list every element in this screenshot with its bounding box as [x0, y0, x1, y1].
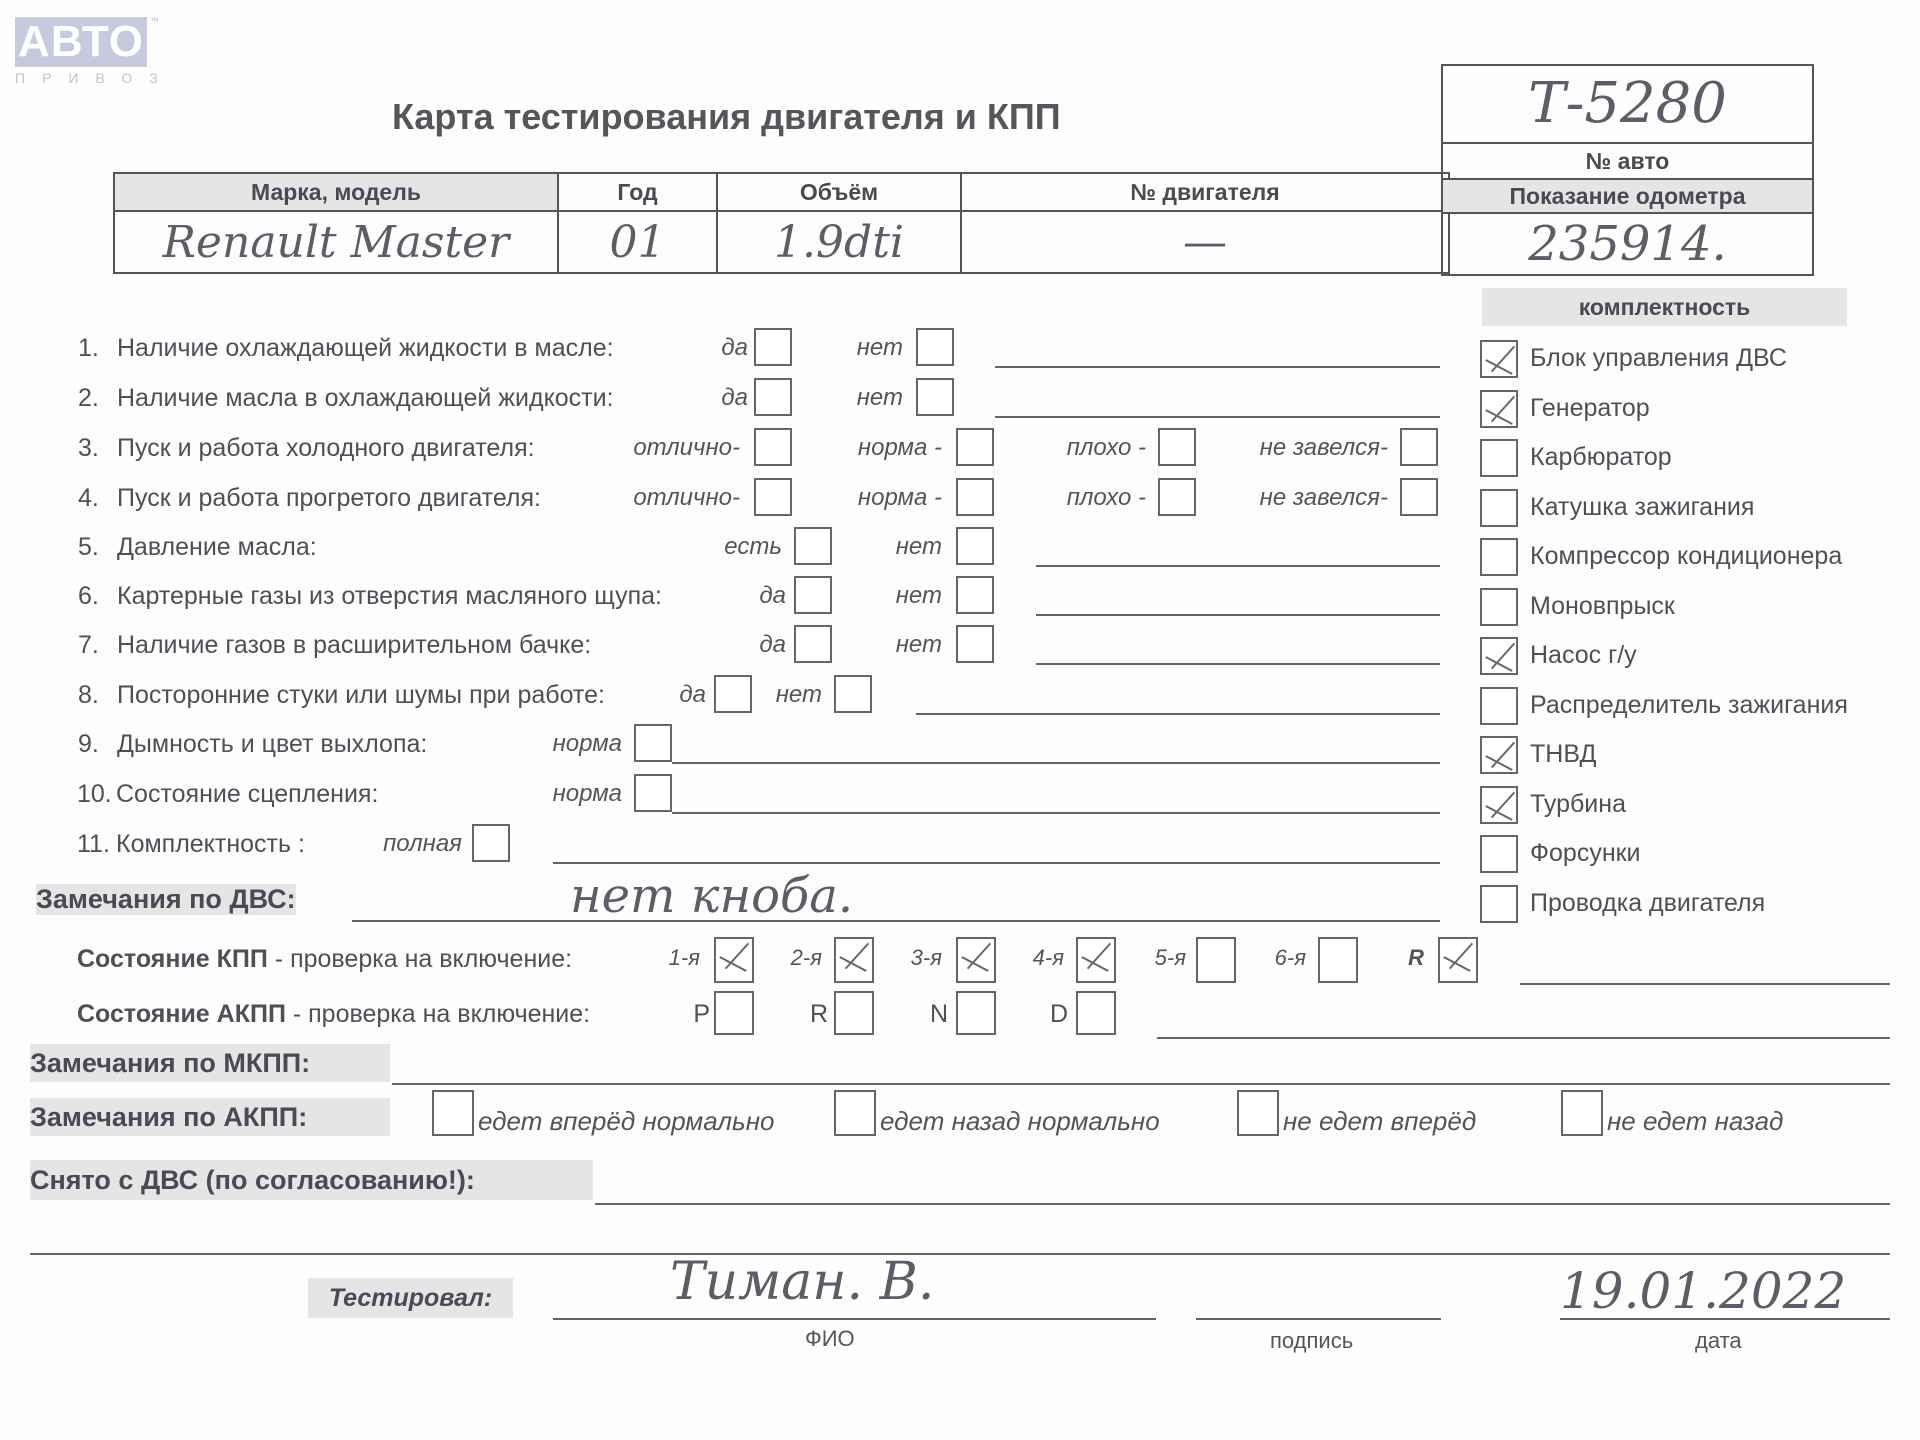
akpp-mode-label: D: [1050, 1000, 1068, 1029]
akpp-remark-checkbox[interactable]: [1561, 1090, 1603, 1136]
option-label: не завелся-: [1260, 434, 1388, 462]
gear-checkbox[interactable]: [834, 937, 874, 983]
option-label: есть: [724, 533, 782, 561]
option-label: норма -: [858, 434, 942, 462]
gear-label: 4-я: [1033, 945, 1064, 971]
akpp-remark-label: не едет вперёд: [1283, 1106, 1476, 1137]
akpp-mode-checkbox[interactable]: [834, 991, 874, 1035]
option-checkbox[interactable]: [956, 428, 994, 466]
notes-line[interactable]: [553, 862, 1440, 864]
option-checkbox[interactable]: [956, 576, 994, 614]
question-number: 5.: [78, 533, 99, 562]
akpp-remark-checkbox[interactable]: [834, 1090, 876, 1136]
completeness-checkbox[interactable]: [1480, 687, 1518, 725]
signature-field[interactable]: [1196, 1318, 1441, 1320]
completeness-item-label: Насос г/у: [1530, 641, 1637, 670]
option-checkbox[interactable]: [794, 576, 832, 614]
option-checkbox[interactable]: [956, 625, 994, 663]
car-info-box: Т-5280 № авто Показание одометра 235914.: [1441, 64, 1814, 276]
completeness-checkbox[interactable]: [1480, 885, 1518, 923]
date-caption: дата: [1695, 1328, 1742, 1354]
completeness-checkbox[interactable]: [1480, 786, 1518, 824]
option-label: норма: [553, 780, 622, 808]
question-text: Дымность и цвет выхлопа:: [117, 730, 427, 759]
question-text: Комплектность :: [116, 830, 305, 859]
completeness-item-label: Форсунки: [1530, 839, 1641, 868]
question-text: Состояние сцепления:: [116, 780, 378, 809]
option-checkbox[interactable]: [1158, 478, 1196, 516]
notes-line[interactable]: [1036, 663, 1440, 665]
option-label: нет: [857, 334, 903, 362]
option-label: нет: [776, 681, 822, 709]
volume-field[interactable]: 1.9dti: [717, 211, 961, 273]
notes-line[interactable]: [995, 416, 1440, 418]
signature-caption: подпись: [1270, 1328, 1353, 1354]
question-number: 2.: [78, 384, 99, 413]
option-label: нет: [896, 582, 942, 610]
gear-checkbox[interactable]: [1318, 937, 1358, 983]
option-label: да: [721, 334, 748, 362]
option-checkbox[interactable]: [754, 428, 792, 466]
completeness-item-label: Проводка двигателя: [1530, 889, 1765, 918]
question-text: Наличие масла в охлаждающей жидкости:: [117, 384, 614, 413]
completeness-item-label: Моновпрыск: [1530, 592, 1675, 621]
name-caption: ФИО: [805, 1326, 855, 1352]
option-checkbox[interactable]: [754, 378, 792, 416]
completeness-heading: комплектность: [1482, 288, 1847, 326]
akpp-mode-label: P: [693, 1000, 710, 1029]
completeness-item-label: Катушка зажигания: [1530, 493, 1754, 522]
option-label: нет: [857, 384, 903, 412]
completeness-item-label: Блок управления ДВС: [1530, 344, 1787, 373]
kpp-label: Состояние КПП - проверка на включение:: [77, 945, 572, 974]
engine-remarks-field[interactable]: нет кноба.: [570, 868, 853, 924]
option-checkbox[interactable]: [634, 774, 672, 812]
mkpp-remarks-label: Замечания по МКПП:: [30, 1044, 390, 1082]
option-label: да: [759, 631, 786, 659]
completeness-checkbox[interactable]: [1480, 637, 1518, 675]
question-number: 4.: [78, 484, 99, 513]
option-label: отлично-: [633, 434, 740, 462]
option-label: не завелся-: [1260, 484, 1388, 512]
akpp-remark-checkbox[interactable]: [432, 1090, 474, 1136]
engine-number-field[interactable]: —: [961, 211, 1449, 273]
completeness-checkbox[interactable]: [1480, 835, 1518, 873]
akpp-mode-label: R: [810, 1000, 828, 1029]
akpp-remark-label: едет назад нормально: [880, 1106, 1160, 1137]
gear-label: 3-я: [911, 945, 942, 971]
option-checkbox[interactable]: [834, 675, 872, 713]
akpp-mode-checkbox[interactable]: [714, 991, 754, 1035]
car-number-field[interactable]: Т-5280: [1443, 66, 1812, 144]
page-title: Карта тестирования двигателя и КПП: [392, 96, 1061, 138]
notes-line[interactable]: [916, 713, 1440, 715]
year-field[interactable]: 01: [558, 211, 717, 273]
completeness-item-label: Карбюратор: [1530, 443, 1672, 472]
notes-line[interactable]: [1036, 614, 1440, 616]
question-text: Давление масла:: [117, 533, 317, 562]
option-label: нет: [896, 631, 942, 659]
akpp-mode-checkbox[interactable]: [1076, 991, 1116, 1035]
akpp-remark-checkbox[interactable]: [1237, 1090, 1279, 1136]
option-label: полная: [383, 830, 462, 858]
col-make-model: Марка, модель: [114, 173, 558, 211]
completeness-checkbox[interactable]: [1480, 538, 1518, 576]
option-label: плохо -: [1067, 484, 1146, 512]
logo-subtitle: ПРИВОЗ: [15, 70, 175, 86]
option-checkbox[interactable]: [916, 328, 954, 366]
col-year: Год: [558, 173, 717, 211]
make-model-field[interactable]: Renault Master: [114, 211, 558, 273]
question-number: 3.: [78, 434, 99, 463]
gear-label: 2-я: [791, 945, 822, 971]
col-engine-number: № двигателя: [961, 173, 1449, 211]
option-checkbox[interactable]: [634, 724, 672, 762]
option-checkbox[interactable]: [754, 478, 792, 516]
completeness-checkbox[interactable]: [1480, 736, 1518, 774]
notes-line[interactable]: [1036, 565, 1440, 567]
col-volume: Объём: [717, 173, 961, 211]
option-checkbox[interactable]: [794, 625, 832, 663]
option-checkbox[interactable]: [1400, 428, 1438, 466]
option-label: отлично-: [633, 484, 740, 512]
akpp-remark-label: едет вперёд нормально: [478, 1106, 774, 1137]
engine-remarks-label: Замечания по ДВС:: [36, 884, 296, 915]
question-text: Пуск и работа холодного двигателя:: [117, 434, 535, 463]
question-number: 6.: [78, 582, 99, 611]
notes-line[interactable]: [672, 762, 1440, 764]
tested-by-label: Тестировал:: [308, 1278, 513, 1318]
option-checkbox[interactable]: [714, 675, 752, 713]
akpp-remark-label: не едет назад: [1607, 1106, 1783, 1137]
option-label: норма -: [858, 484, 942, 512]
gear-checkbox[interactable]: [956, 937, 996, 983]
gear-label: 1-я: [669, 945, 700, 971]
option-label: да: [679, 681, 706, 709]
car-number-label: № авто: [1443, 144, 1812, 180]
gear-label: 5-я: [1155, 945, 1186, 971]
option-checkbox[interactable]: [916, 378, 954, 416]
odometer-label: Показание одометра: [1443, 180, 1812, 214]
removed-label: Снято с ДВС (по согласованию!):: [30, 1160, 593, 1200]
completeness-item-label: ТНВД: [1530, 740, 1596, 769]
completeness-item-label: Турбина: [1530, 790, 1626, 819]
akpp-label: Состояние АКПП - проверка на включение:: [77, 1000, 590, 1029]
question-number: 8.: [78, 681, 99, 710]
notes-line[interactable]: [995, 366, 1440, 368]
gear-checkbox[interactable]: [1076, 937, 1116, 983]
mkpp-remarks-field[interactable]: [392, 1083, 1890, 1085]
question-text: Пуск и работа прогретого двигателя:: [117, 484, 541, 513]
gear-checkbox[interactable]: [1196, 937, 1236, 983]
gear-checkbox[interactable]: [714, 937, 754, 983]
question-text: Наличие охлаждающей жидкости в масле:: [117, 334, 614, 363]
question-text: Наличие газов в расширительном бачке:: [117, 631, 591, 660]
option-label: да: [759, 582, 786, 610]
completeness-checkbox[interactable]: [1480, 390, 1518, 428]
question-text: Картерные газы из отверстия масляного щу…: [117, 582, 662, 611]
option-checkbox[interactable]: [956, 527, 994, 565]
odometer-field[interactable]: 235914.: [1443, 214, 1812, 274]
option-checkbox[interactable]: [1400, 478, 1438, 516]
option-checkbox[interactable]: [956, 478, 994, 516]
question-number: 10.: [77, 780, 112, 809]
option-checkbox[interactable]: [1158, 428, 1196, 466]
question-text: Посторонние стуки или шумы при работе:: [117, 681, 605, 710]
completeness-item-label: Генератор: [1530, 394, 1650, 423]
completeness-item-label: Компрессор кондиционера: [1530, 542, 1842, 571]
option-checkbox[interactable]: [472, 824, 510, 862]
trademark-mark: ™: [150, 16, 159, 26]
option-label: да: [721, 384, 748, 412]
tester-name-field[interactable]: Тиман. В.: [670, 1252, 934, 1312]
option-label: плохо -: [1067, 434, 1146, 462]
gear-label: R: [1408, 945, 1424, 971]
completeness-checkbox[interactable]: [1480, 340, 1518, 378]
question-number: 7.: [78, 631, 99, 660]
gear-checkbox[interactable]: [1438, 937, 1478, 983]
completeness-checkbox[interactable]: [1480, 439, 1518, 477]
completeness-checkbox[interactable]: [1480, 489, 1518, 527]
removed-field[interactable]: [595, 1203, 1890, 1205]
question-number: 11.: [77, 830, 110, 859]
question-number: 9.: [78, 730, 99, 759]
akpp-mode-checkbox[interactable]: [956, 991, 996, 1035]
avtoprivoz-logo: АВТО: [15, 17, 147, 67]
completeness-item-label: Распределитель зажигания: [1530, 691, 1848, 720]
gear-label: 6-я: [1275, 945, 1306, 971]
vehicle-info-table: Марка, модель Год Объём № двигателя Rena…: [113, 172, 1450, 274]
akpp-remarks-label: Замечания по АКПП:: [30, 1098, 390, 1136]
question-number: 1.: [78, 334, 99, 363]
date-field[interactable]: 19.01.2022: [1560, 1262, 1846, 1320]
option-label: норма: [553, 730, 622, 758]
option-label: нет: [896, 533, 942, 561]
option-checkbox[interactable]: [794, 527, 832, 565]
akpp-mode-label: N: [930, 1000, 948, 1029]
completeness-checkbox[interactable]: [1480, 588, 1518, 626]
option-checkbox[interactable]: [754, 328, 792, 366]
notes-line[interactable]: [672, 812, 1440, 814]
